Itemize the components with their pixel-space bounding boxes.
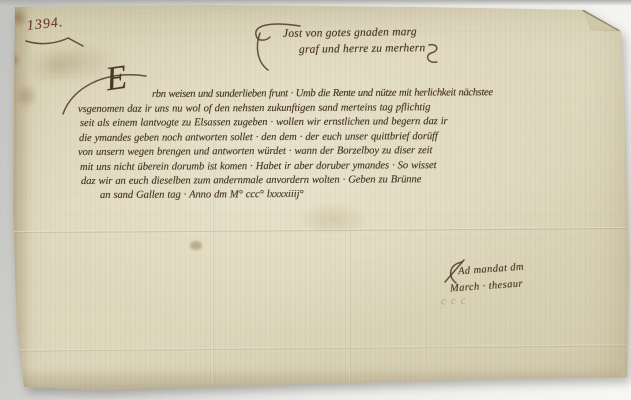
paper-shadow-wrap: 1394. Jost von gotes gnaden marg graf un…	[0, 0, 631, 400]
body-text-line: daz wir an euch dieselben zum andernmale…	[81, 174, 421, 187]
edge-vignette	[0, 0, 631, 400]
water-stain	[300, 204, 366, 234]
body-text-line: mit uns nicht überein dorumb ist komen ·…	[80, 160, 436, 173]
letter-heading-line2: graf und herre zu merhern	[299, 42, 426, 56]
manuscript-paper: 1394. Jost von gotes gnaden marg graf un…	[0, 0, 631, 400]
bottom-edge-stain	[20, 368, 620, 392]
horizontal-fold-crease	[14, 227, 626, 233]
initial-capital: E	[103, 59, 129, 100]
heading-end-flourish-icon	[424, 42, 446, 68]
ink-bleedthrough-text: ccc	[441, 294, 471, 307]
body-text-line: vsgenomen daz ir uns nu wol of den nehst…	[78, 102, 430, 115]
body-text-line: die ymandes geben noch antworten sollet …	[79, 131, 438, 144]
chancellery-note-line2: March · thesaur	[450, 278, 524, 294]
laid-paper-texture	[0, 0, 631, 400]
photo-backdrop: 1394. Jost von gotes gnaden marg graf un…	[0, 0, 631, 400]
body-text-line: rbn weisen und sunderlieben frunt · Umb …	[152, 87, 493, 100]
year-underline-flourish	[24, 33, 86, 51]
chancellery-note-line1: Ad mandat dm	[458, 262, 525, 278]
body-text-line: von unsern wegen brengen und antworten w…	[78, 145, 432, 158]
vertical-fold-crease	[349, 230, 351, 382]
vertical-fold-crease	[425, 210, 427, 382]
body-text-line: an sand Gallen tag · Anno dm M° ccc° lxx…	[100, 189, 304, 201]
letter-heading-line1: Jost von gotes gnaden marg	[283, 26, 417, 40]
vertical-fold-crease	[212, 120, 214, 385]
ink-spot	[190, 241, 202, 250]
archivist-year-note: 1394.	[26, 15, 64, 35]
body-text-line: seit als einem lantvogte zu Elsassen zug…	[80, 116, 448, 129]
horizontal-fold-crease	[16, 344, 626, 351]
left-edge-stain	[10, 0, 32, 400]
